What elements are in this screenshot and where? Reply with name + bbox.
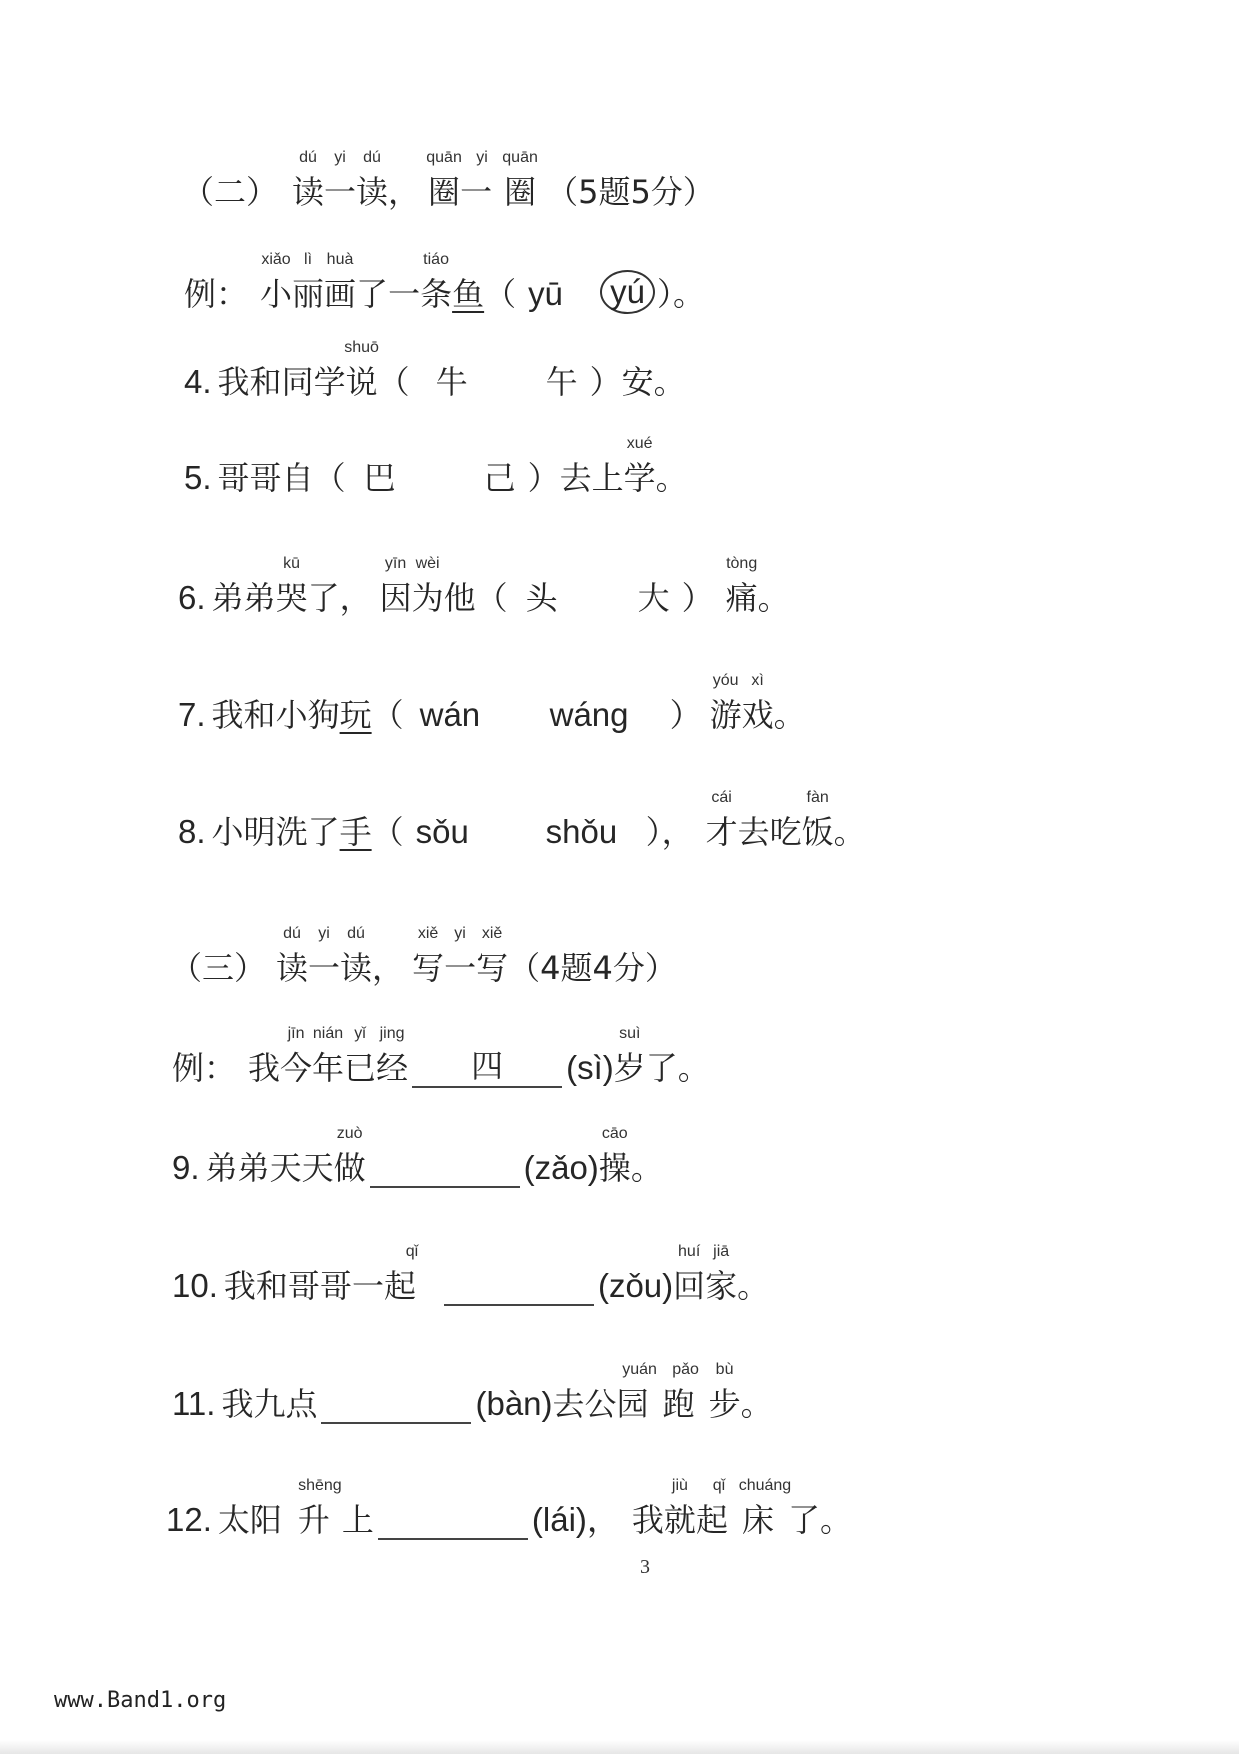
text-segment: 读dú <box>356 172 388 212</box>
pinyin-annotation: qǐ <box>406 1244 418 1260</box>
q4-line: 4.我和同学说shuō（牛午）安。 <box>184 362 686 402</box>
text-segment: 玩 <box>340 695 372 735</box>
text-segment: 我 <box>224 1266 256 1306</box>
segment-text: 一 <box>460 173 492 211</box>
segment-text: 弟 <box>206 1149 238 1187</box>
segment-text: 一 <box>444 949 476 987</box>
segment-text: 回 <box>673 1267 705 1305</box>
text-segment: 哥 <box>218 458 250 498</box>
segment-text: ）去上 <box>528 459 624 497</box>
segment-text: 岁 <box>614 1049 646 1087</box>
text-segment: 己 <box>484 458 528 498</box>
section-3-line: （三）读dú一yi读dú，写xiě一yi写xiě（4题4分） <box>170 948 677 988</box>
text-segment: 小 <box>212 812 244 852</box>
segment-text: （ <box>372 813 404 851</box>
pinyin-annotation: tòng <box>726 556 757 572</box>
pinyin-annotation: quān <box>426 150 462 166</box>
text-segment: ） <box>682 578 726 618</box>
segment-text: 丽 <box>292 275 324 313</box>
segment-text: 经 <box>376 1049 408 1087</box>
segment-text: 大 <box>638 579 670 617</box>
segment-text: （5题5分） <box>546 173 715 211</box>
segment-text: 小 <box>212 813 244 851</box>
text-segment: 同 <box>282 362 314 402</box>
text-segment: 一yi <box>308 948 340 988</box>
segment-text: 天 <box>270 1149 302 1187</box>
text-segment: 弟 <box>238 1148 270 1188</box>
text-segment: 写xiě <box>476 948 508 988</box>
segment-text: 例： <box>172 1049 236 1087</box>
text-segment: 岁suì <box>614 1048 646 1088</box>
pinyin-annotation: huà <box>327 252 354 268</box>
segment-text: (lái)， <box>532 1501 620 1538</box>
segment-text: （ <box>372 696 404 734</box>
text-segment: ， <box>388 172 428 212</box>
text-segment: （ <box>484 274 528 314</box>
answer-filled: 四 <box>412 1046 562 1088</box>
text-segment: 哭kū <box>276 578 308 618</box>
pinyin-option: yū <box>528 274 598 314</box>
segment-text: （ <box>314 459 346 497</box>
pinyin-annotation: xì <box>751 673 763 689</box>
segment-text: 自 <box>282 459 314 497</box>
text-segment: 已yǐ <box>344 1048 376 1088</box>
text-segment: ） <box>670 695 710 735</box>
text-segment: 今jīn <box>280 1048 312 1088</box>
segment-text: (bàn) <box>475 1385 552 1422</box>
text-segment: （二） <box>182 172 292 212</box>
text-segment: 读dú <box>292 172 324 212</box>
pinyin-annotation: zuò <box>337 1126 363 1142</box>
q9-line: 9.弟弟天天做zuò(zǎo)操cāo。 <box>172 1148 663 1188</box>
segment-text: 4. <box>184 363 212 400</box>
text-segment: 洗 <box>276 812 308 852</box>
question-number: 11. <box>172 1384 215 1424</box>
segment-text: 9. <box>172 1149 200 1186</box>
q6-line: 6.弟弟哭kū了，因yīn为wèi他（头大）痛tòng。 <box>178 578 790 618</box>
segment-text: ）。 <box>657 275 705 313</box>
segment-text: 明 <box>244 813 276 851</box>
segment-text: 读 <box>276 949 308 987</box>
pinyin-annotation: yǐ <box>354 1026 366 1042</box>
text-segment: 学 <box>314 362 346 402</box>
segment-text: 做 <box>334 1149 366 1187</box>
answer-blank[interactable] <box>378 1506 528 1540</box>
text-segment: 才cái <box>706 812 738 852</box>
pinyin-annotation: cái <box>711 790 731 806</box>
segment-text: 一 <box>308 949 340 987</box>
text-segment: 起qǐ <box>384 1266 440 1306</box>
pinyin-annotation: xiě <box>418 926 438 942</box>
text-segment: 起qǐ <box>696 1500 742 1540</box>
segment-text: 学 <box>314 363 346 401</box>
segment-text: 升 <box>298 1501 330 1539</box>
text-segment: ）去上 <box>528 458 624 498</box>
pinyin-annotation: shēng <box>298 1478 342 1494</box>
segment-text: 弟 <box>238 1149 270 1187</box>
pinyin-annotation: xué <box>627 436 653 452</box>
text-segment: 了 <box>308 812 340 852</box>
segment-text: 画 <box>324 275 356 313</box>
page-number: 3 <box>640 1556 650 1579</box>
segment-text: 6. <box>178 579 206 616</box>
segment-text: 小 <box>260 275 292 313</box>
text-segment: （ <box>314 458 364 498</box>
segment-text: (zǒu) <box>598 1267 673 1304</box>
segment-text: 写 <box>476 949 508 987</box>
text-segment: 和 <box>244 695 276 735</box>
text-segment: 因yīn <box>380 578 412 618</box>
pinyin-annotation: nián <box>313 1026 343 1042</box>
segment-text: （二） <box>182 173 278 211</box>
question-number: 6. <box>178 578 206 618</box>
text-segment: 年nián <box>312 1048 344 1088</box>
segment-text: 鱼 <box>452 275 484 313</box>
pinyin-option: (lái)， <box>532 1500 632 1540</box>
text-segment: 自 <box>282 458 314 498</box>
segment-text: 床 <box>742 1501 774 1539</box>
segment-text: 读 <box>292 173 324 211</box>
answer-blank[interactable] <box>444 1272 594 1306</box>
text-segment: 和 <box>250 362 282 402</box>
q5-line: 5.哥哥自（巴己）去上学xué。 <box>184 458 688 498</box>
segment-text: 。 <box>737 1267 769 1305</box>
text-segment: 巴 <box>364 458 484 498</box>
segment-text: 一 <box>388 275 420 313</box>
segment-text: 。 <box>656 459 688 497</box>
segment-text: 牛 <box>436 363 468 401</box>
text-segment: （ <box>372 812 416 852</box>
text-segment: 去 <box>738 812 770 852</box>
segment-text: 公 <box>585 1385 617 1423</box>
text-segment: 经jing <box>376 1048 408 1088</box>
text-segment: 写xiě <box>412 948 444 988</box>
text-segment: 学xué <box>624 458 656 498</box>
segment-text: 年 <box>312 1049 344 1087</box>
segment-text: 为 <box>412 579 444 617</box>
text-segment: 弟 <box>206 1148 238 1188</box>
footer-watermark: www.Band1.org <box>54 1688 226 1713</box>
pinyin-annotation: yi <box>318 926 330 942</box>
segment-text: 四 <box>471 1047 503 1085</box>
segment-text: 点 <box>285 1385 317 1423</box>
segment-text: 圈 <box>504 173 536 211</box>
segment-text: 我 <box>632 1501 664 1539</box>
text-segment: （ <box>372 695 420 735</box>
pinyin-annotation: yuán <box>622 1362 657 1378</box>
pinyin-annotation: dú <box>299 150 317 166</box>
pinyin-option: (bàn) <box>475 1384 552 1424</box>
pinyin-annotation: tiáo <box>423 252 449 268</box>
segment-text: 圈 <box>428 173 460 211</box>
text-segment: 手 <box>340 812 372 852</box>
segment-text: 去 <box>738 813 770 851</box>
text-segment: 去 <box>553 1384 585 1424</box>
text-segment: 哥 <box>320 1266 352 1306</box>
pinyin-annotation: bù <box>716 1362 734 1378</box>
text-segment: 圈quān <box>504 172 536 212</box>
pinyin-annotation: jiā <box>713 1244 729 1260</box>
segment-text: 读 <box>356 173 388 211</box>
segment-text: ） <box>682 579 714 617</box>
segment-text: 读 <box>340 949 372 987</box>
segment-text: yú <box>610 273 645 310</box>
segment-text: 弟 <box>212 579 244 617</box>
segment-text: 游 <box>710 696 742 734</box>
text-segment: 一yi <box>460 172 504 212</box>
question-number: 9. <box>172 1148 200 1188</box>
segment-text: 同 <box>282 363 314 401</box>
text-segment: 小 <box>276 695 308 735</box>
pinyin-annotation: quān <box>502 150 538 166</box>
text-segment: 。 <box>834 812 866 852</box>
text-segment: 戏xì <box>742 695 774 735</box>
segment-text: 己 <box>484 459 516 497</box>
pinyin-annotation: cāo <box>602 1126 628 1142</box>
question-number: 8. <box>178 812 206 852</box>
segment-text: 巴 <box>364 459 396 497</box>
text-segment: 和 <box>256 1266 288 1306</box>
pinyin-option: wán <box>420 695 550 735</box>
segment-text: 哥 <box>288 1267 320 1305</box>
segment-text: 。 <box>631 1149 663 1187</box>
text-segment: 午 <box>546 362 590 402</box>
segment-text: 天 <box>302 1149 334 1187</box>
pinyin-option: sǒu <box>416 812 546 852</box>
answer-blank[interactable] <box>370 1154 520 1188</box>
segment-text: 。 <box>741 1385 773 1423</box>
pinyin-annotation: yi <box>476 150 488 166</box>
pinyin-annotation: chuáng <box>739 1478 792 1494</box>
pinyin-option: wáng <box>550 695 670 735</box>
segment-text: 了 <box>308 579 340 617</box>
pinyin-annotation: shuō <box>344 340 379 356</box>
text-segment: ）。 <box>657 274 705 314</box>
q11-line: 11.我九点(bàn)去公园yuán跑pǎo步bù。 <box>172 1384 773 1424</box>
text-segment: 痛tòng <box>726 578 758 618</box>
question-number: 5. <box>184 458 212 498</box>
segment-text: 吃 <box>770 813 802 851</box>
segment-text: （ <box>378 363 410 401</box>
segment-text: （4题4分） <box>508 949 677 987</box>
segment-text: 说 <box>346 363 378 401</box>
segment-text: 我 <box>218 363 250 401</box>
text-segment: （ <box>378 362 436 402</box>
text-segment: 为wèi <box>412 578 444 618</box>
pinyin-annotation: huí <box>678 1244 700 1260</box>
pinyin-annotation: dú <box>347 926 365 942</box>
segment-text: 痛 <box>726 579 758 617</box>
text-segment: 上 <box>342 1500 374 1540</box>
segment-text: 弟 <box>244 579 276 617</box>
segment-text: 5. <box>184 459 212 496</box>
segment-text: 饭 <box>802 813 834 851</box>
segment-text: 了。 <box>788 1501 852 1539</box>
segment-text: 园 <box>617 1385 649 1423</box>
pinyin-annotation: jīn <box>288 1026 305 1042</box>
question-number: 4. <box>184 362 212 402</box>
text-segment: 太 <box>218 1500 250 1540</box>
segment-text: 和 <box>256 1267 288 1305</box>
text-segment: 升shēng <box>298 1500 342 1540</box>
segment-text: 条 <box>420 275 452 313</box>
segment-text: 哥 <box>320 1267 352 1305</box>
segment-text: （ <box>476 579 508 617</box>
text-segment: 了 <box>308 578 340 618</box>
segment-text: ， <box>372 949 404 987</box>
segment-text: 已 <box>344 1049 376 1087</box>
segment-text: 12. <box>166 1501 212 1538</box>
pinyin-annotation: kū <box>283 556 300 572</box>
scan-edge <box>0 1740 1239 1754</box>
segment-text: 小 <box>276 696 308 734</box>
segment-text: 因 <box>380 579 412 617</box>
segment-text: 哭 <box>276 579 308 617</box>
text-segment: ）， <box>646 812 706 852</box>
text-segment: 丽lì <box>292 274 324 314</box>
pinyin-annotation: yi <box>454 926 466 942</box>
segment-text: wán <box>420 696 481 733</box>
answer-blank[interactable] <box>321 1390 471 1424</box>
segment-text: ， <box>388 173 420 211</box>
pinyin-option: (zǒu) <box>598 1266 673 1306</box>
pinyin-annotation: yóu <box>713 673 739 689</box>
text-segment: （5题5分） <box>546 172 736 212</box>
text-segment: 哥 <box>250 458 282 498</box>
segment-text: 了。 <box>646 1049 710 1087</box>
text-segment: 明 <box>244 812 276 852</box>
text-segment: ）安。 <box>590 362 686 402</box>
circled-answer: yú <box>600 270 655 314</box>
q7-line: 7.我和小狗玩（wánwáng）游yóu戏xì。 <box>178 695 806 735</box>
text-segment: 就jiù <box>664 1500 696 1540</box>
segment-text: (sì) <box>566 1049 614 1086</box>
segment-text: ， <box>340 579 372 617</box>
text-segment: 回huí <box>673 1266 705 1306</box>
section-2-line: （二）读dú一yi读dú，圈quān一yi圈quān（5题5分） <box>182 172 736 212</box>
segment-text: 玩 <box>340 696 372 734</box>
text-segment: 圈quān <box>428 172 460 212</box>
segment-text: 洗 <box>276 813 308 851</box>
text-segment: 。 <box>631 1148 663 1188</box>
segment-text: 起 <box>384 1267 416 1305</box>
text-segment: 床chuáng <box>742 1500 788 1540</box>
text-segment: 狗 <box>308 695 340 735</box>
segment-text: ）， <box>646 813 694 851</box>
segment-text: sǒu <box>416 813 469 850</box>
segment-text: wáng <box>550 696 629 733</box>
segment-text: 九 <box>253 1385 285 1423</box>
text-segment: （4题4分） <box>508 948 677 988</box>
segment-text: 我 <box>221 1385 253 1423</box>
segment-text: 操 <box>599 1149 631 1187</box>
segment-text: 太 <box>218 1501 250 1539</box>
worksheet-page: （二）读dú一yi读dú，圈quān一yi圈quān（5题5分）例：小xiǎo丽… <box>0 0 1239 1754</box>
text-segment: 我 <box>221 1384 253 1424</box>
text-segment: 一 <box>388 274 420 314</box>
segment-text: 手 <box>340 813 372 851</box>
segment-text: 阳 <box>250 1501 282 1539</box>
text-segment: 我 <box>212 695 244 735</box>
segment-text: 写 <box>412 949 444 987</box>
pinyin-annotation: pǎo <box>672 1362 699 1378</box>
text-segment: 家jiā <box>705 1266 737 1306</box>
segment-text: 我 <box>212 696 244 734</box>
text-segment: 一 <box>352 1266 384 1306</box>
segment-text: 午 <box>546 363 578 401</box>
pinyin-annotation: dú <box>283 926 301 942</box>
segment-text: (zǎo) <box>524 1149 599 1186</box>
text-segment: 读dú <box>340 948 372 988</box>
text-segment: 弟 <box>244 578 276 618</box>
segment-text: （ <box>484 275 516 313</box>
text-segment: 小xiǎo <box>260 274 292 314</box>
segment-text: 了 <box>308 813 340 851</box>
text-segment: 说shuō <box>346 362 378 402</box>
pinyin-annotation: jiù <box>672 1478 688 1494</box>
pinyin-annotation: wèi <box>416 556 440 572</box>
text-segment: 阳 <box>250 1500 298 1540</box>
pinyin-option: shǒu <box>546 812 646 852</box>
segment-text: 上 <box>342 1501 374 1539</box>
segment-text: 和 <box>250 363 282 401</box>
segment-text: 我 <box>248 1049 280 1087</box>
text-segment: 操cāo <box>599 1148 631 1188</box>
segment-text: 才 <box>706 813 738 851</box>
text-segment: ， <box>340 578 380 618</box>
question-number: 7. <box>178 695 206 735</box>
segment-text: 步 <box>709 1385 741 1423</box>
example-2-line: 例：我今jīn年nián已yǐ经jing四(sì)岁suì了。 <box>172 1046 710 1088</box>
text-segment: 做zuò <box>334 1148 366 1188</box>
segment-text: 10. <box>172 1267 218 1304</box>
text-segment: 条tiáo <box>420 274 452 314</box>
example-1-line: 例：小xiǎo丽lì画huà了一条tiáo鱼（yūyú）。 <box>184 270 705 314</box>
text-segment: 大 <box>638 578 682 618</box>
segment-text: 我 <box>224 1267 256 1305</box>
text-segment: ， <box>372 948 412 988</box>
segment-text: 例： <box>184 275 248 313</box>
text-segment: 园yuán <box>617 1384 663 1424</box>
text-segment: 九 <box>253 1384 285 1424</box>
segment-text: 狗 <box>308 696 340 734</box>
pinyin-annotation: fàn <box>807 790 829 806</box>
text-segment: 牛 <box>436 362 546 402</box>
text-segment: 我 <box>632 1500 664 1540</box>
segment-text: 。 <box>774 696 806 734</box>
pinyin-annotation: yīn <box>385 556 406 572</box>
segment-text: 了 <box>356 275 388 313</box>
segment-text: 就 <box>664 1501 696 1539</box>
pinyin-annotation: dú <box>363 150 381 166</box>
text-segment: 天 <box>270 1148 302 1188</box>
segment-text: 学 <box>624 459 656 497</box>
q10-line: 10.我和哥哥一起qǐ(zǒu)回huí家jiā。 <box>172 1266 769 1306</box>
segment-text: ） <box>670 696 702 734</box>
text-segment: （三） <box>170 948 276 988</box>
segment-text: 一 <box>324 173 356 211</box>
pinyin-annotation: qǐ <box>713 1478 725 1494</box>
text-segment: 跑pǎo <box>663 1384 709 1424</box>
segment-text: shǒu <box>546 813 618 850</box>
segment-text: 去 <box>553 1385 585 1423</box>
pinyin-annotation: lì <box>304 252 312 268</box>
pinyin-annotation: suì <box>619 1026 640 1042</box>
segment-text: 8. <box>178 813 206 850</box>
segment-text: 哥 <box>250 459 282 497</box>
segment-text: 一 <box>352 1267 384 1305</box>
text-segment: 我 <box>218 362 250 402</box>
